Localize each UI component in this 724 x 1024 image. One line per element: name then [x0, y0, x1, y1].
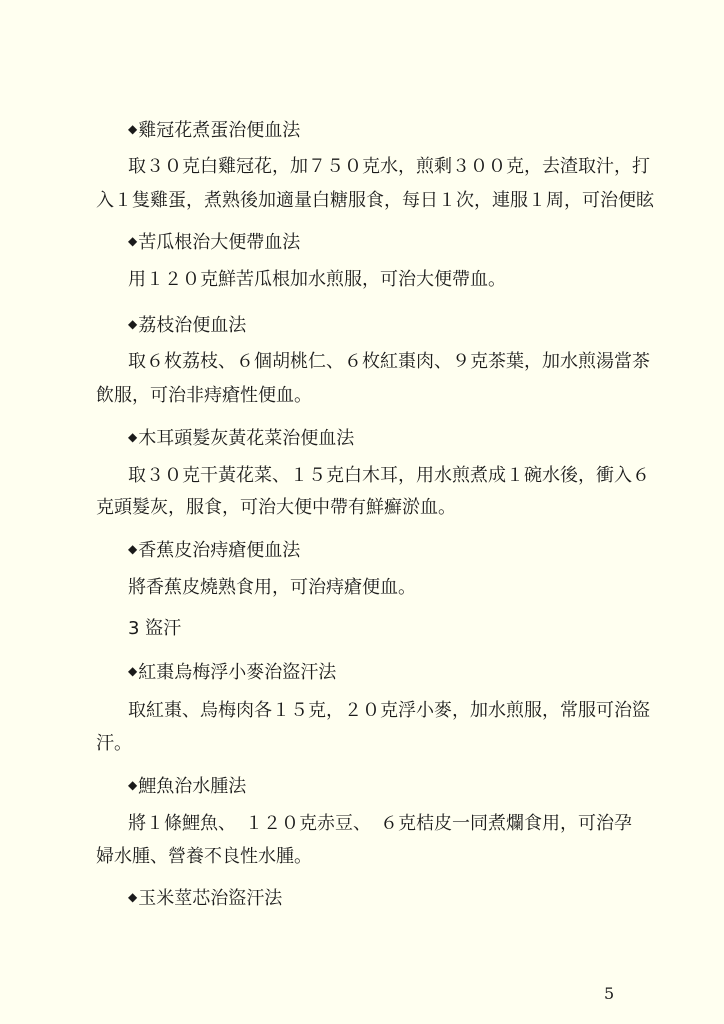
diamond-bullet-icon: ◆: [128, 778, 137, 792]
paragraph-line: 飲服，可治非痔瘡性便血。: [96, 384, 312, 408]
paragraph-line: 取３０克白雞冠花，加７５０克水，煎剩３００克，去渣取汁，打: [128, 155, 650, 179]
diamond-bullet-icon: ◆: [128, 890, 137, 904]
paragraph-line: 取６枚荔枝、６個胡桃仁、６枚紅棗肉、９克茶葉，加水煎湯當茶: [128, 350, 650, 374]
diamond-bullet-icon: ◆: [128, 430, 137, 444]
paragraph-line: 取３０克干黃花菜、１５克白木耳，用水煎煮成１碗水後，衝入６: [128, 464, 650, 488]
document-page: ◆雞冠花煮蛋治便血法 取３０克白雞冠花，加７５０克水，煎剩３００克，去渣取汁，打…: [0, 0, 724, 1024]
paragraph-line: 入１隻雞蛋，煮熟後加適量白糖服食，每日１次，連服１周，可治便眩: [96, 189, 654, 213]
page-number: 5: [604, 984, 614, 1003]
section-title-night-sweats: 3 盜汗: [128, 617, 181, 641]
paragraph-line: 汗。: [96, 732, 132, 756]
heading-jujube-plum-wheat: ◆紅棗烏梅浮小麥治盜汗法: [128, 659, 336, 685]
paragraph-line: 將１條鯉魚、 １２０克赤豆、 ６克桔皮一同煮爛食用，可治孕: [128, 812, 632, 836]
heading-lychee: ◆荔枝治便血法: [128, 312, 246, 338]
diamond-bullet-icon: ◆: [128, 122, 137, 136]
diamond-bullet-icon: ◆: [128, 664, 137, 678]
paragraph-line: 克頭髮灰，服食，可治大便中帶有鮮癬淤血。: [96, 496, 456, 520]
heading-fungus-hair-ash-daylily: ◆木耳頭髮灰黃花菜治便血法: [128, 425, 354, 451]
diamond-bullet-icon: ◆: [128, 317, 137, 331]
diamond-bullet-icon: ◆: [128, 234, 137, 248]
heading-cockscomb-egg: ◆雞冠花煮蛋治便血法: [128, 117, 300, 143]
heading-bitter-melon-root: ◆苦瓜根治大便帶血法: [128, 229, 300, 255]
paragraph-line: 婦水腫、營養不良性水腫。: [96, 845, 312, 869]
heading-corn-stalk: ◆玉米莖芯治盜汗法: [128, 885, 282, 911]
paragraph-line: 用１２０克鮮苦瓜根加水煎服，可治大便帶血。: [128, 268, 506, 292]
paragraph-line: 取紅棗、烏梅肉各１５克，２０克浮小麥，加水煎服，常服可治盜: [128, 699, 650, 723]
diamond-bullet-icon: ◆: [128, 542, 137, 556]
paragraph-line: 將香蕉皮燒熟食用，可治痔瘡便血。: [128, 576, 416, 600]
heading-carp-edema: ◆鯉魚治水腫法: [128, 773, 246, 799]
heading-banana-peel: ◆香蕉皮治痔瘡便血法: [128, 537, 300, 563]
